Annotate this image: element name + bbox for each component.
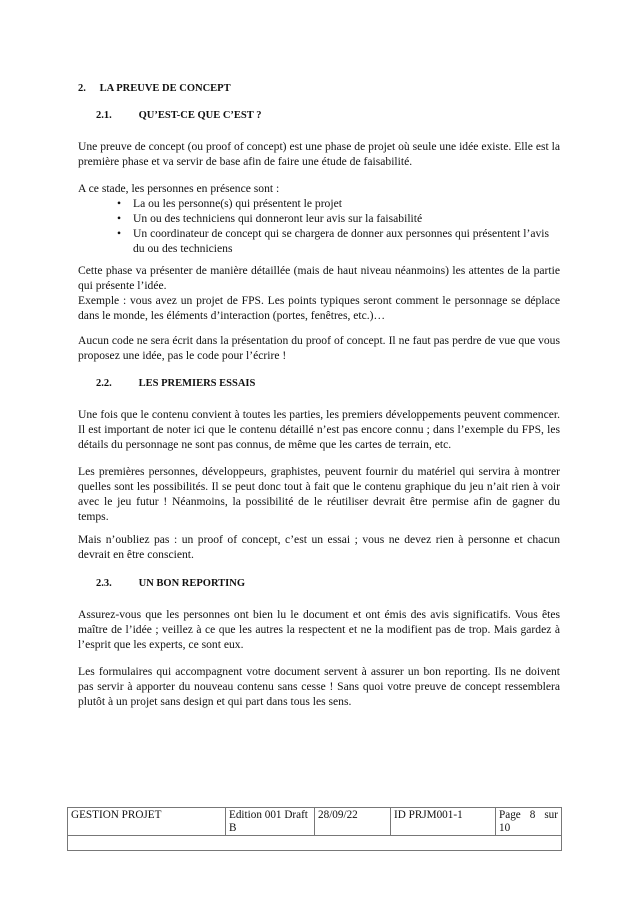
footer-row-empty	[68, 836, 562, 851]
bullet-list: La ou les personne(s) qui présentent le …	[117, 196, 562, 256]
subsection-title: UN BON REPORTING	[139, 578, 245, 589]
footer-edition: Edition 001 Draft B	[226, 808, 315, 836]
subsection-heading-2-1: 2.1. QU’EST-CE QUE C’EST ?	[96, 110, 261, 121]
subsection-number: 2.3.	[96, 578, 136, 589]
section-title: LA PREUVE DE CONCEPT	[100, 83, 231, 94]
paragraph: Assurez-vous que les personnes ont bien …	[78, 607, 560, 652]
list-item: Un ou des techniciens qui donneront leur…	[117, 211, 562, 226]
subsection-number: 2.2.	[96, 378, 136, 389]
footer-empty-cell	[68, 836, 562, 851]
paragraph: Aucun code ne sera écrit dans la présent…	[78, 333, 560, 363]
subsection-title: LES PREMIERS ESSAIS	[139, 378, 256, 389]
paragraph: Mais n’oubliez pas : un proof of concept…	[78, 532, 560, 562]
footer-id: ID PRJM001-1	[391, 808, 496, 836]
paragraph: Une fois que le contenu convient à toute…	[78, 407, 560, 452]
footer-page-number: Page 8 sur 10	[496, 808, 562, 836]
paragraph: Une preuve de concept (ou proof of conce…	[78, 139, 560, 169]
paragraph: Les formulaires qui accompagnent votre d…	[78, 664, 560, 709]
paragraph: Cette phase va présenter de manière déta…	[78, 263, 560, 293]
footer-project: GESTION PROJET	[68, 808, 226, 836]
footer-row: GESTION PROJET Edition 001 Draft B 28/09…	[68, 808, 562, 836]
footer-table: GESTION PROJET Edition 001 Draft B 28/09…	[67, 807, 562, 851]
paragraph: A ce stade, les personnes en présence so…	[78, 181, 560, 196]
document-page: 2. LA PREUVE DE CONCEPT 2.1. QU’EST-CE Q…	[0, 0, 636, 900]
list-item: La ou les personne(s) qui présentent le …	[117, 196, 562, 211]
footer-date: 28/09/22	[315, 808, 391, 836]
section-number: 2.	[78, 83, 97, 94]
subsection-heading-2-2: 2.2. LES PREMIERS ESSAIS	[96, 378, 255, 389]
paragraph: Exemple : vous avez un projet de FPS. Le…	[78, 293, 560, 323]
paragraph: Les premières personnes, développeurs, g…	[78, 464, 560, 524]
subsection-number: 2.1.	[96, 110, 136, 121]
subsection-heading-2-3: 2.3. UN BON REPORTING	[96, 578, 245, 589]
section-heading: 2. LA PREUVE DE CONCEPT	[78, 83, 231, 94]
list-item: Un coordinateur de concept qui se charge…	[117, 226, 562, 256]
subsection-title: QU’EST-CE QUE C’EST ?	[139, 110, 262, 121]
